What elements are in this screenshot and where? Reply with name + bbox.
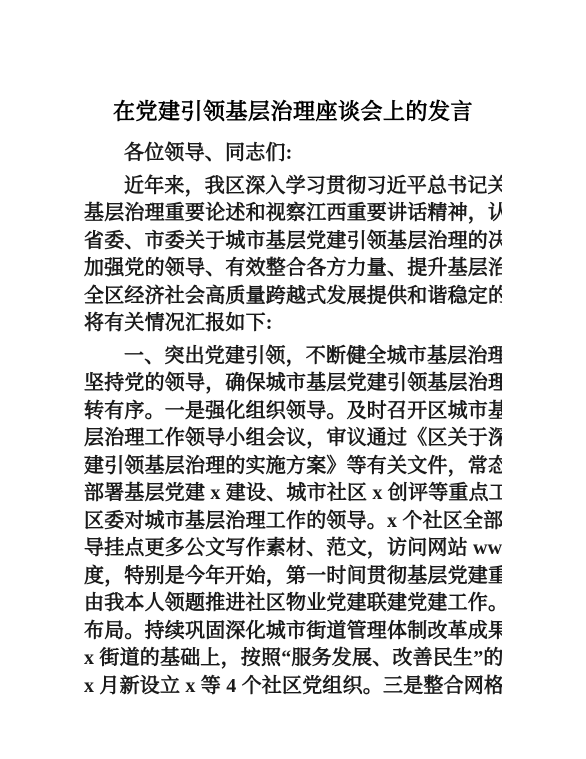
text-line: 一、突出党建引领，不断健全城市基层治理体制机制。始终 [84, 343, 502, 371]
text-line: 建引领基层治理的实施方案》等有关文件，常态化制度化研究 [84, 453, 502, 481]
text-line: 近年来，我区深入学习贯彻习近平总书记关于基层党建、 [84, 173, 502, 201]
text-line: 各位领导、同志们: [84, 140, 502, 168]
text-line: 加强党的领导、有效整合各方力量、提升基层治理效能，切实为 [84, 255, 502, 283]
text-line: 全区经济社会高质量跨越式发展提供和谐稳定的社会环境。现 [84, 283, 502, 311]
paragraph: 各位领导、同志们: [84, 140, 502, 168]
document-page: 在党建引领基层治理座谈会上的发言 各位领导、同志们:近年来，我区深入学习贯彻习近… [0, 0, 586, 759]
text-line: 由我本人领题推进社区物业党建联建党建工作。二是优化社区 [84, 590, 502, 618]
text-line: 区委对城市基层治理工作的领导。x 个社区全部建立党员区领 [84, 508, 502, 536]
text-line: 部署基层党建 x 建设、城市社区 x 创评等重点工作，不断加强 [84, 480, 502, 508]
text-line: 层治理工作领导小组会议，审议通过《区关于深化城市基层党 [84, 425, 502, 453]
text-line: 导挂点更多公文写作素材、范文，访问网站 www.zg123.vip 制 [84, 535, 502, 563]
document-body: 各位领导、同志们:近年来，我区深入学习贯彻习近平总书记关于基层党建、基层治理重要… [84, 140, 502, 700]
document-title: 在党建引领基层治理座谈会上的发言 [84, 99, 502, 127]
text-line: 省委、市委关于城市基层党建引领基层治理的决策部署，不断 [84, 228, 502, 256]
text-line: 坚持党的领导，确保城市基层党建引领基层治理牵引有力、运 [84, 370, 502, 398]
text-line: 基层治理重要论述和视察江西重要讲话精神，认真落实中央和 [84, 200, 502, 228]
text-line: 转有序。一是强化组织领导。及时召开区城市基层党建引领基 [84, 398, 502, 426]
paragraph: 近年来，我区深入学习贯彻习近平总书记关于基层党建、基层治理重要论述和视察江西重要… [84, 173, 502, 338]
text-line: 将有关情况汇报如下: [84, 310, 502, 338]
text-line: 度，特别是今年开始，第一时间贯彻基层党建重点任务的部署， [84, 563, 502, 591]
text-line: 布局。持续巩固深化城市街道管理体制改革成果，在 x 年设立 [84, 618, 502, 646]
paragraph: 一、突出党建引领，不断健全城市基层治理体制机制。始终坚持党的领导，确保城市基层党… [84, 343, 502, 701]
text-line: x 月新设立 x 等 4 个社区党组织。三是整合网格资源。总结运 [84, 673, 502, 701]
text-line: x 街道的基础上，按照“服务发展、改善民生”的定位，于 x 年 [84, 645, 502, 673]
